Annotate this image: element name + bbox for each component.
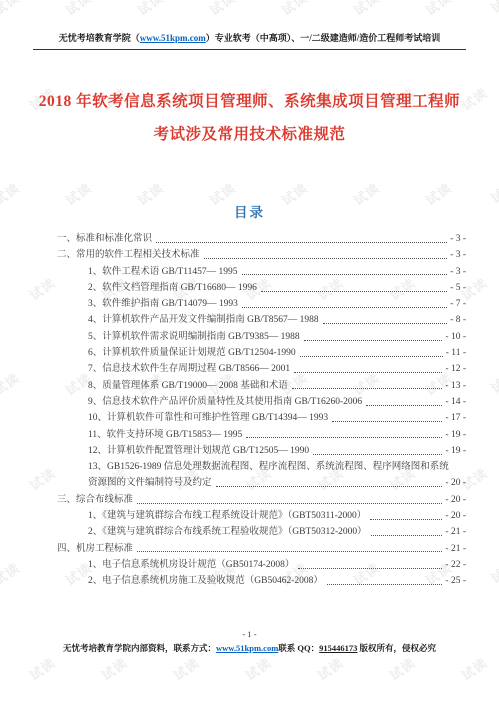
toc-entry-page: - 17 - — [445, 413, 466, 423]
title-line-2: 考试涉及常用技术标准规范 — [0, 118, 499, 151]
watermark-text: 试读 — [486, 0, 499, 33]
watermark-text: 试读 — [457, 653, 491, 685]
watermark-text: 试读 — [0, 368, 23, 400]
header-text-pre: 无忧考培教育学院（ — [59, 33, 140, 43]
toc-entry-text: 5、计算机软件需求说明编制指南 GB/T9385— 1988 — [88, 328, 300, 342]
toc-entry: 9、信息技术软件产品评价质量特性及其使用指南 GB/T16260-2006- 1… — [57, 393, 466, 409]
toc-entry: 3、软件维护指南 GB/T14079— 1993- 7 - — [57, 295, 466, 311]
toc-entry-page: - 13 - — [445, 381, 466, 391]
watermark-text: 试读 — [277, 0, 311, 19]
dot-leader — [366, 405, 442, 406]
toc-entry-page: - 22 - — [445, 560, 466, 570]
watermark-text: 试读 — [25, 273, 59, 305]
dot-leader — [246, 437, 442, 438]
watermark-text: 试读 — [25, 653, 59, 685]
toc-entry-text: 4、计算机软件产品开发文件编制指南 GB/T8567— 1988 — [88, 311, 319, 325]
toc-entry: 10、计算机软件可靠性和可维护性管理 GB/T14394— 1993- 17 - — [57, 409, 466, 425]
toc-entry-page: - 21 - — [445, 527, 466, 537]
dot-leader — [137, 551, 442, 552]
dot-leader — [292, 388, 443, 389]
footer-text-mid: 联系 QQ： — [278, 643, 319, 653]
document-page: 试读试读试读试读试读试读试读试读试读试读试读试读试读试读试读试读试读试读试读试读… — [0, 0, 499, 706]
document-title: 2018 年软考信息系统项目管理师、系统集成项目管理工程师 考试涉及常用技术标准… — [0, 85, 499, 151]
toc-entry-text: 1、软件工程术语 GB/T11457— 1995 — [88, 263, 238, 277]
footer-qq-number: 915446173 — [319, 643, 357, 653]
watermark-text: 试读 — [169, 653, 203, 685]
toc-list: 一、标准和标准化常识- 3 -二、常用的软件工程相关技术标准- 3 -1、软件工… — [57, 230, 466, 589]
page-header: 无忧考培教育学院（www.51kpm.com）专业软考（中高项）、一/二级建造师… — [33, 31, 466, 50]
toc-entry-page: - 20 - — [445, 478, 466, 488]
toc-entry-text: 二、常用的软件工程相关技术标准 — [57, 246, 200, 260]
toc-entry: 11、软件支持环境 GB/T15853— 1995- 19 - — [57, 426, 466, 442]
watermark-text: 试读 — [205, 0, 239, 19]
dot-leader — [298, 568, 442, 569]
dot-leader — [242, 307, 447, 308]
toc-entry-page: - 10 - — [445, 332, 466, 342]
toc-entry-page: - 20 - — [445, 511, 466, 521]
toc-entry: 2、《建筑与建筑群综合布线系统工程验收规范》（GBT50312-2000）- 2… — [57, 523, 466, 539]
watermark-text: 试读 — [421, 0, 455, 19]
toc-entry: 2、电子信息系统机房施工及验收规范（GB50462-2008）- 25 - — [57, 572, 466, 588]
toc-entry-text: 9、信息技术软件产品评价质量特性及其使用指南 GB/T16260-2006 — [88, 393, 362, 407]
toc-entry: 13、GB1526-1989 信息处理数据流程图、程序流程图、系统流程图、程序网… — [57, 458, 466, 474]
toc-entry-page: - 8 - — [450, 315, 466, 325]
toc-entry: 4、计算机软件产品开发文件编制指南 GB/T8567— 1988- 8 - — [57, 311, 466, 327]
toc-entry-text: 13、GB1526-1989 信息处理数据流程图、程序流程图、系统流程图、程序网… — [88, 458, 449, 472]
watermark-text: 试读 — [0, 0, 23, 19]
toc-entry: 5、计算机软件需求说明编制指南 GB/T9385— 1988- 10 - — [57, 328, 466, 344]
toc-entry-text: 11、软件支持环境 GB/T15853— 1995 — [88, 426, 242, 440]
footer-text-post: 版权所有，侵权必究 — [357, 643, 436, 653]
toc-entry: 三、综合布线标准- 20 - — [57, 491, 466, 507]
dot-leader — [313, 454, 442, 455]
dot-leader — [327, 584, 443, 585]
toc-entry-page: - 11 - — [446, 348, 466, 358]
watermark-text: 试读 — [486, 373, 499, 412]
toc-entry-text: 7、信息技术软件生存周期过程 GB/T8566— 2001 — [88, 360, 290, 374]
toc-entry: 四、机房工程标准- 21 - — [57, 540, 466, 556]
toc-entry-text: 资源图的文件编制符号及约定 — [88, 474, 212, 488]
toc-entry: 1、电子信息系统机房设计规范（GB50174-2008）- 22 - — [57, 556, 466, 572]
watermark-text: 试读 — [241, 653, 275, 685]
dot-leader — [261, 291, 447, 292]
toc-entry-text: 2、《建筑与建筑群综合布线系统工程验收规范》（GBT50312-2000） — [88, 523, 367, 537]
watermark-text: 试读 — [133, 0, 167, 19]
dot-leader — [242, 274, 448, 275]
toc-entry-page: - 21 - — [445, 544, 466, 554]
toc-entry-page: - 3 - — [450, 267, 466, 277]
toc-entry-page: - 20 - — [445, 495, 466, 505]
toc-entry-text: 12、计算机软件配置管理计划规范 GB/T12505— 1990 — [88, 442, 309, 456]
dot-leader — [371, 535, 443, 536]
watermark-text: 试读 — [25, 463, 59, 495]
watermark-text: 试读 — [313, 653, 347, 685]
dot-leader — [216, 486, 443, 487]
watermark-text: 试读 — [349, 0, 383, 19]
watermark-text: 试读 — [486, 563, 499, 602]
title-line-1: 2018 年软考信息系统项目管理师、系统集成项目管理工程师 — [0, 85, 499, 118]
toc-entry-text: 四、机房工程标准 — [57, 540, 133, 554]
toc-entry-page: - 3 - — [450, 234, 466, 244]
toc-entry-text: 10、计算机软件可靠性和可维护性管理 GB/T14394— 1993 — [88, 409, 328, 423]
page-number: - 1 - — [0, 629, 499, 639]
dot-leader — [137, 503, 442, 504]
toc-entry: 1、软件工程术语 GB/T11457— 1995- 3 - — [57, 263, 466, 279]
watermark-text: 试读 — [61, 0, 95, 19]
dot-leader — [332, 421, 442, 422]
header-link[interactable]: www.51kpm.com — [140, 33, 206, 43]
toc-entry-page: - 25 - — [445, 576, 466, 586]
toc-entry-text: 1、电子信息系统机房设计规范（GB50174-2008） — [88, 556, 294, 570]
watermark-text: 试读 — [385, 653, 419, 685]
dot-leader — [323, 323, 448, 324]
watermark-text: 试读 — [97, 653, 131, 685]
toc-entry: 资源图的文件编制符号及约定- 20 - — [57, 474, 466, 490]
toc-entry-text: 3、软件维护指南 GB/T14079— 1993 — [88, 295, 238, 309]
dot-leader — [370, 519, 442, 520]
toc-entry-text: 6、计算机软件质量保证计划规范 GB/T12504-1990 — [88, 344, 296, 358]
footer-link[interactable]: www.51kpm.com — [216, 643, 278, 653]
toc-entry-text: 一、标准和标准化常识 — [57, 230, 152, 244]
toc-entry-text: 1、《建筑与建筑群综合布线工程系统设计规范》（GBT50311-2000） — [88, 507, 366, 521]
toc-entry-text: 2、电子信息系统机房施工及验收规范（GB50462-2008） — [88, 572, 323, 586]
toc-entry: 8、质量管理体系 GB/T19000— 2008 基础和术语- 13 - — [57, 377, 466, 393]
toc-entry: 7、信息技术软件生存周期过程 GB/T8566— 2001- 12 - — [57, 360, 466, 376]
toc-entry-page: - 5 - — [450, 283, 466, 293]
toc-entry-page: - 14 - — [445, 397, 466, 407]
watermark-text: 试读 — [0, 558, 23, 590]
toc-entry: 1、《建筑与建筑群综合布线工程系统设计规范》（GBT50311-2000）- 2… — [57, 507, 466, 523]
toc-entry-page: - 19 - — [445, 446, 466, 456]
toc-entry: 12、计算机软件配置管理计划规范 GB/T12505— 1990- 19 - — [57, 442, 466, 458]
toc-heading: 目录 — [0, 201, 499, 221]
toc-entry: 6、计算机软件质量保证计划规范 GB/T12504-1990- 11 - — [57, 344, 466, 360]
dot-leader — [300, 356, 443, 357]
toc-entry-page: - 19 - — [445, 430, 466, 440]
footer-text-pre: 无忧考培教育学院内部资料，联系方式： — [63, 643, 216, 653]
toc-entry: 2、软件文档管理指南 GB/T16680— 1996- 5 - — [57, 279, 466, 295]
dot-leader — [294, 372, 442, 373]
page-footer: 无忧考培教育学院内部资料，联系方式：www.51kpm.com联系 QQ：915… — [33, 642, 466, 654]
dot-leader — [156, 242, 447, 243]
toc-entry: 一、标准和标准化常识- 3 - — [57, 230, 466, 246]
header-text-post: ）专业软考（中高项）、一/二级建造师/造价工程师考试培训 — [206, 33, 441, 43]
toc-entry-page: - 7 - — [450, 299, 466, 309]
dot-leader — [304, 340, 443, 341]
toc-entry-text: 2、软件文档管理指南 GB/T16680— 1996 — [88, 279, 257, 293]
toc-entry-page: - 3 - — [450, 250, 466, 260]
dot-leader — [204, 258, 448, 259]
toc-entry: 二、常用的软件工程相关技术标准- 3 - — [57, 246, 466, 262]
toc-entry-text: 8、质量管理体系 GB/T19000— 2008 基础和术语 — [88, 377, 288, 391]
toc-entry-text: 三、综合布线标准 — [57, 491, 133, 505]
toc-entry-page: - 12 - — [445, 364, 466, 374]
